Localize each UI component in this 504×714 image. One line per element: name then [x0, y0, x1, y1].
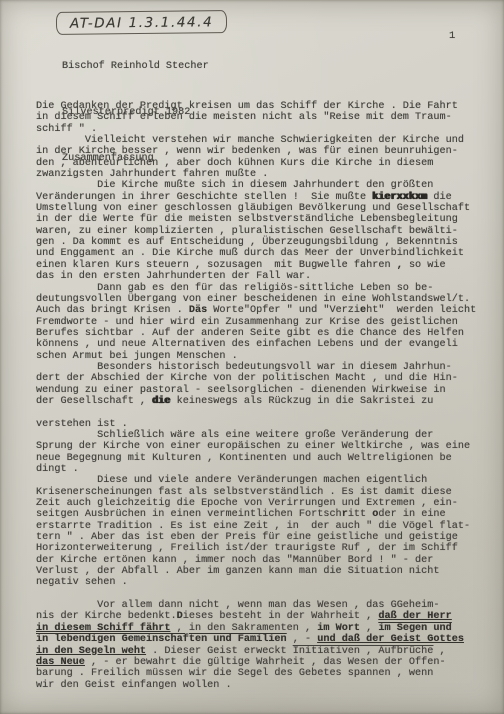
text-segment: in den Segeln weht [36, 646, 146, 657]
text-segment: nis der Kirche bedenkt. [36, 611, 177, 622]
text-segment: Besonders historisch bedeutungsvoll war … [36, 362, 452, 373]
text-segment: den , abenteurlichen , aber doch kühnen … [36, 158, 433, 169]
text-segment: und Enggament an . Die Kirche muß durch … [36, 248, 464, 259]
text-line: Besonders historisch bedeutungsvoll war … [36, 362, 476, 373]
text-line: Sprung der Kirche von einer europäischen… [36, 441, 476, 452]
text-line: in der Kirche besser , wenn wir bedenken… [36, 146, 476, 157]
text-segment: gen . Da kommt es auf Entscheidung , Übe… [36, 237, 458, 248]
text-segment: ieses besteht in der Wahrheit , [183, 611, 379, 622]
text-segment: seitgen Ausbrüchen in einen vermeintlich… [36, 509, 342, 520]
text-segment: in diesem Schiff fährt [36, 623, 171, 634]
text-segment: schiff " . [36, 124, 97, 135]
text-segment: und daß der Geist Gottes [317, 634, 464, 645]
text-segment: , [433, 646, 445, 657]
text-segment: Vielleicht verstehen wir manche Schwieri… [36, 135, 464, 146]
text-segment: Sprung der Kirche von einer europäischen… [36, 441, 470, 452]
text-segment: Dann gab es den für das religiös-sittlic… [36, 283, 433, 294]
text-line: verstehen ist . [36, 419, 476, 430]
text-segment: der in eine [378, 509, 445, 520]
text-segment: Zeit auch gleichzeitig die Epoche von Ve… [36, 498, 458, 509]
text-line: das in den ersten Jahrhunderten der Fall… [36, 271, 476, 282]
text-line: Dann gab es den für das religiös-sittlic… [36, 283, 476, 294]
scanned-page: { "annotation": { "text": "AT-DAI 1.3.1.… [0, 0, 504, 714]
text-segment: ht" werden leicht [366, 305, 476, 316]
text-segment: das in den ersten Jahrhunderten der Fall… [36, 271, 311, 282]
text-segment: dingt . [36, 464, 79, 475]
text-segment: in lebendigen Gemeinschaften und Familie… [36, 634, 287, 645]
text-line: schen Armut bei jungen Menschen . [36, 351, 476, 362]
text-segment: Fremdworte - und hier wird ein Zusammenh… [36, 317, 458, 328]
text-line: in diesem Schiff erleben die meisten nic… [36, 112, 476, 123]
text-segment: Krisenerscheinungen fast als selbstverst… [36, 487, 452, 498]
text-segment: in der Kirche besser , wenn wir bedenken… [36, 146, 458, 157]
text-segment: Die Gedanken der Predigt kreisen um das … [36, 101, 458, 112]
text-segment: , - [287, 634, 318, 645]
text-line: tern " . Aber das ist eben der Preis für… [36, 532, 476, 543]
text-line: gen . Da kommt es auf Entscheidung , Übe… [36, 237, 476, 248]
text-line: zwanzigsten Jahrhundert fahren mußte . [36, 169, 476, 180]
text-line: Krisenerscheinungen fast als selbstverst… [36, 487, 476, 498]
text-segment: . Dieser Geist erweckt [146, 646, 293, 657]
text-line [36, 589, 476, 600]
text-segment: könnens , und neue Alternativen des einf… [36, 339, 458, 350]
text-line: den , abenteurlichen , aber doch kühnen … [36, 158, 476, 169]
text-line: seitgen Ausbrüchen in einen vermeintlich… [36, 509, 476, 520]
text-segment: das Neue [36, 657, 85, 668]
text-segment: Initiativen , Aufbrüche [293, 646, 434, 657]
text-segment: Verlust , der Abfall . Aber im ganzen ka… [36, 566, 440, 577]
text-segment: die [427, 192, 451, 203]
text-segment: keineswegs als Rückzug in die Sakristei … [171, 396, 434, 407]
text-segment: , - er bewahrt die gültige Wahrheit , da… [85, 657, 446, 668]
text-segment: daß der Herr [378, 611, 451, 622]
text-segment: waren, zu einer komplizierten , pluralis… [36, 226, 458, 237]
text-segment: Veränderungen in ihrer Geschichte stelle… [36, 192, 372, 203]
text-segment: im Segen und [378, 623, 451, 634]
text-segment: , [360, 623, 378, 634]
text-segment: deutungsvollen Übergang von einer besche… [36, 294, 470, 305]
text-line: deutungsvollen Übergang von einer besche… [36, 294, 476, 305]
text-line: das Neue , - er bewahrt die gültige Wahr… [36, 657, 476, 668]
text-segment: kierxxkxm [372, 192, 427, 203]
text-segment: , in den Sakramenten , [171, 623, 318, 634]
text-line: erstarrte Tradition . Es ist eine Zeit ,… [36, 521, 476, 532]
text-segment: Umstellung von einer geschlossen gläubig… [36, 203, 470, 214]
text-line: in den Segeln weht . Dieser Geist erweck… [36, 646, 476, 657]
text-segment: verstehen ist . [36, 419, 128, 430]
text-segment: neue Begegnung mit Kulturen , Kontinente… [36, 453, 452, 464]
text-line: könnens , und neue Alternativen des einf… [36, 339, 476, 350]
text-line: und Enggament an . Die Kirche muß durch … [36, 248, 476, 259]
text-segment: Diese und viele andere Veränderungen mac… [36, 475, 427, 486]
text-line: einen klaren Kurs steuern , sozusagen mi… [36, 260, 476, 271]
text-line: schiff " . [36, 124, 476, 135]
text-segment: Schließlich wäre als eine weitere große … [36, 430, 433, 441]
text-segment: einen klaren Kurs steuern , sozusagen mi… [36, 260, 397, 271]
text-segment: barung . Freilich müssen wir die Segel d… [36, 668, 433, 679]
text-line: Zeit auch gleichzeitig die Epoche von Ve… [36, 498, 476, 509]
text-segment: im Wort [317, 623, 360, 634]
text-segment: der Kirche ertönen kann , immer noch das… [36, 555, 433, 566]
text-line: in der die Werte für die meisten selbstv… [36, 214, 476, 225]
text-segment: negativ sehen . [36, 577, 128, 588]
text-line: der Gesellschaft , die keineswegs als Rü… [36, 396, 476, 407]
text-segment: der Gesellschaft , [36, 396, 152, 407]
text-line: Verlust , der Abfall . Aber im ganzen ka… [36, 566, 476, 577]
text-line: nis der Kirche bedenkt.Dieses besteht in… [36, 611, 476, 622]
text-line: in diesem Schiff fährt , in den Sakramen… [36, 623, 476, 634]
text-segment: Horizonterweiterung , Freilich ist/der t… [36, 543, 458, 554]
text-line: wendung zu einer pastoral - seelsorglich… [36, 385, 476, 396]
text-line [36, 407, 476, 418]
text-segment: schen Armut bei jungen Menschen . [36, 351, 238, 362]
text-line: Die Kirche mußte sich in diesem Jahrhund… [36, 180, 476, 191]
text-line: Schließlich wäre als eine weitere große … [36, 430, 476, 441]
text-segment: Däs [189, 305, 207, 316]
text-line: Umstellung von einer geschlossen gläubig… [36, 203, 476, 214]
text-line: barung . Freilich müssen wir die Segel d… [36, 668, 476, 679]
text-segment: Worte"Opfer " und "Verzi [207, 305, 360, 316]
text-segment: itt [348, 509, 372, 520]
text-line: der Kirche ertönen kann , immer noch das… [36, 555, 476, 566]
text-line: wir den Geist einfangen wollen . [36, 680, 476, 691]
text-segment: in der die Werte für die meisten selbstv… [36, 214, 458, 225]
body-text: Die Gedanken der Predigt kreisen um das … [36, 101, 476, 691]
text-line: Die Gedanken der Predigt kreisen um das … [36, 101, 476, 112]
text-segment: zwanzigsten Jahrhundert fahren mußte . [36, 169, 268, 180]
text-line: Veränderungen in ihrer Geschichte stelle… [36, 192, 476, 203]
text-segment: Berufes sichtbar . Auf der anderen Seite… [36, 328, 464, 339]
text-line: dert der Abschied der Kirche von der pol… [36, 373, 476, 384]
text-segment: Auch das bringt Krisen . [36, 305, 189, 316]
author-line: Bischof Reinhold Stecher [62, 61, 209, 72]
text-line: in lebendigen Gemeinschaften und Familie… [36, 634, 476, 645]
text-line: Fremdworte - und hier wird ein Zusammenh… [36, 317, 476, 328]
text-segment: dert der Abschied der Kirche von der pol… [36, 373, 458, 384]
text-line: waren, zu einer komplizierten , pluralis… [36, 226, 476, 237]
text-line: Berufes sichtbar . Auf der anderen Seite… [36, 328, 476, 339]
archive-reference-handwritten: AT-DAI 1.3.1.44.4 [56, 10, 227, 35]
text-line: Vor allem dann nicht , wenn man das Wese… [36, 600, 476, 611]
text-segment: Die Kirche mußte sich in diesem Jahrhund… [36, 180, 433, 191]
text-line: Diese und viele andere Veränderungen mac… [36, 475, 476, 486]
text-segment: die [152, 396, 170, 407]
text-segment: erstarrte Tradition . Es ist eine Zeit ,… [36, 521, 470, 532]
text-line: neue Begegnung mit Kulturen , Kontinente… [36, 453, 476, 464]
text-line: dingt . [36, 464, 476, 475]
page-number: 1 [449, 30, 455, 42]
text-line: negativ sehen . [36, 577, 476, 588]
text-line: Horizonterweiterung , Freilich ist/der t… [36, 543, 476, 554]
text-line: Auch das bringt Krisen . Däs Worte"Opfer… [36, 305, 476, 316]
text-segment: wendung zu einer pastoral - seelsorglich… [36, 385, 446, 396]
text-segment: in diesem Schiff erleben die meisten nic… [36, 112, 452, 123]
text-segment: tern " . Aber das ist eben der Preis für… [36, 532, 458, 543]
text-line: Vielleicht verstehen wir manche Schwieri… [36, 135, 476, 146]
text-segment: Vor allem dann nicht , wenn man das Wese… [36, 600, 440, 611]
text-segment: wir den Geist einfangen wollen . [36, 680, 232, 691]
text-segment: so wie [403, 260, 446, 271]
